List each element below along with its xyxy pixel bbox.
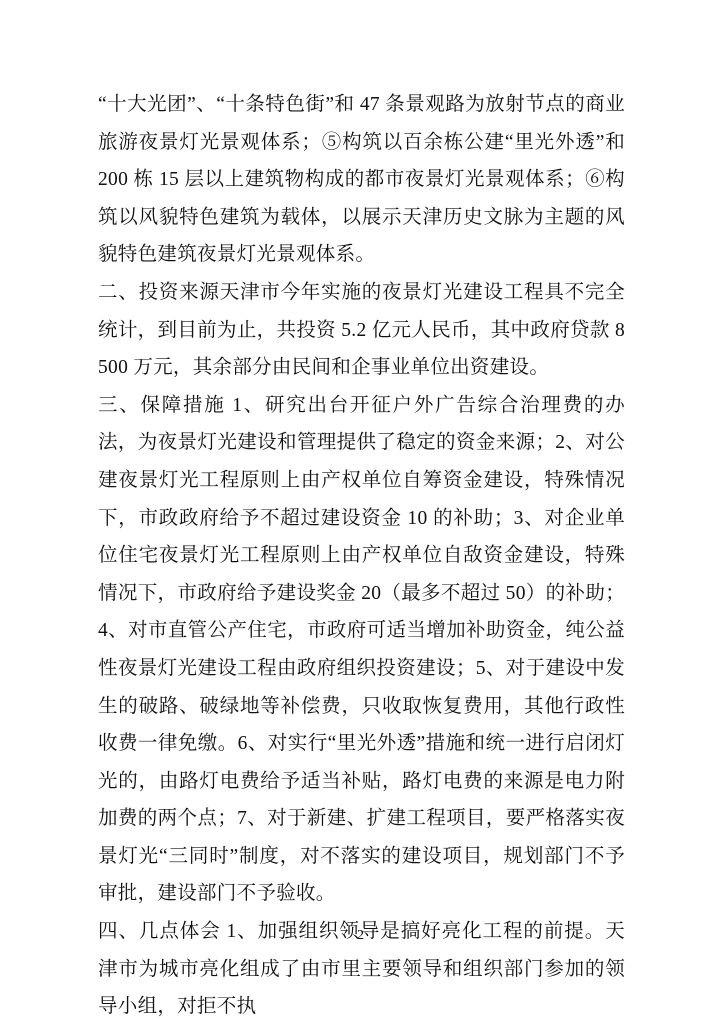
- paragraph-3-safeguard-measures: 三、保障措施 1、研究出台开征户外广告综合治理费的办法，为夜景灯光建设和管理提供…: [98, 387, 625, 913]
- paragraph-1-continued: “十大光团”、“十条特色街”和 47 条景观路为放射节点的商业旅游夜景灯光景观体…: [98, 86, 625, 274]
- paragraph-2-investment-source: 二、投资来源天津市今年实施的夜景灯光建设工程具不完全统计，到目前为止，共投资 5…: [98, 274, 625, 387]
- document-page: “十大光团”、“十条特色街”和 47 条景观路为放射节点的商业旅游夜景灯光景观体…: [0, 0, 721, 1020]
- document-text-block: “十大光团”、“十条特色街”和 47 条景观路为放射节点的商业旅游夜景灯光景观体…: [98, 86, 625, 1020]
- page-number: 2: [0, 926, 721, 946]
